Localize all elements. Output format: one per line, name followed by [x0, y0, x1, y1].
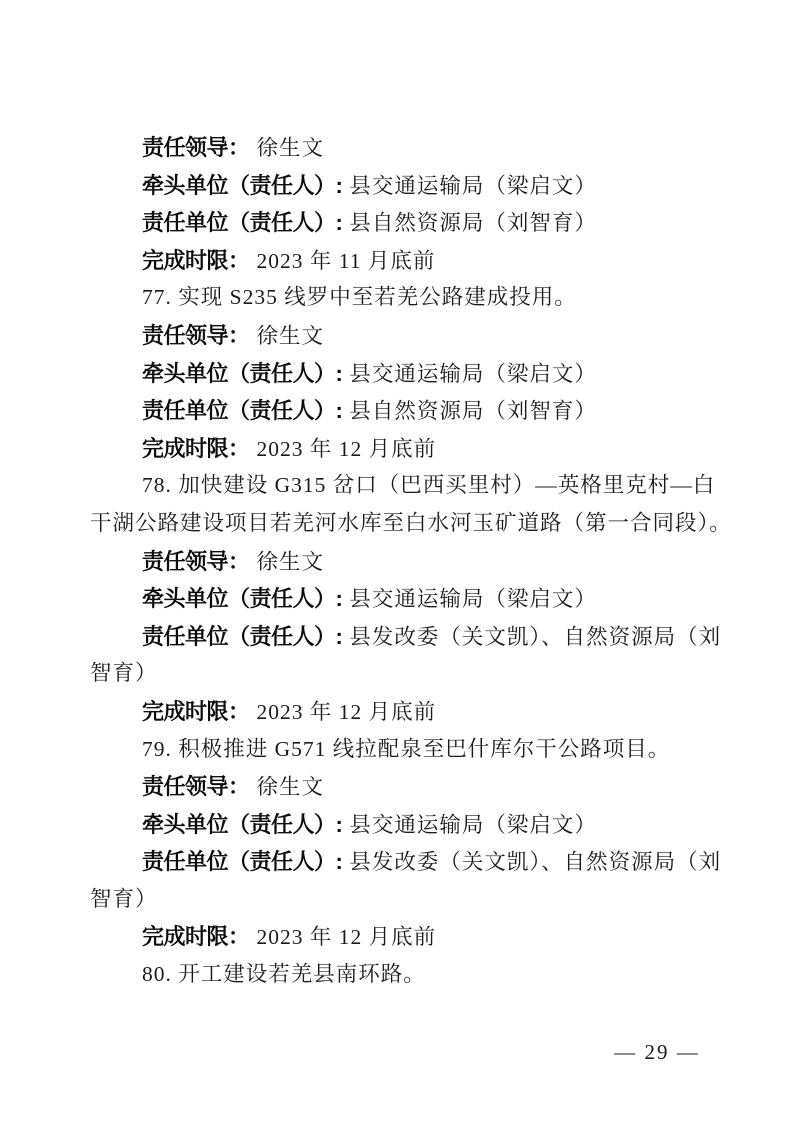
continuation-line: 干湖公路建设项目若羌河水库至白水河玉矿道路（第一合同段）。	[90, 505, 704, 543]
field-label: 责任单位（责任人）:	[142, 210, 342, 235]
document-body: 责任领导：徐生文 牵头单位（责任人）:县交通运输局（梁启文） 责任单位（责任人）…	[90, 129, 704, 994]
field-label: 责任领导：	[142, 549, 250, 574]
document-page: 责任领导：徐生文 牵头单位（责任人）:县交通运输局（梁启文） 责任单位（责任人）…	[0, 0, 793, 1122]
field-value: 县交通运输局（梁启文）	[349, 362, 597, 386]
deadline-line: 完成时限：2023 年 12 月底前	[90, 693, 704, 731]
field-value: 2023 年 12 月底前	[257, 437, 437, 461]
field-label: 责任领导：	[142, 774, 250, 799]
lead-unit-line: 牵头单位（责任人）:县交通运输局（梁启文）	[90, 806, 704, 844]
responsible-unit-line: 责任单位（责任人）:县发改委（关文凯）、自然资源局（刘	[90, 618, 704, 656]
continuation-line: 智育）	[90, 655, 704, 693]
responsible-unit-line: 责任单位（责任人）:县自然资源局（刘智育）	[90, 392, 704, 430]
field-value: 徐生文	[257, 775, 325, 799]
field-value: 县交通运输局（梁启文）	[349, 174, 597, 198]
field-label: 牵头单位（责任人）:	[142, 173, 342, 198]
field-value: 智育）	[90, 887, 158, 911]
field-value: 徐生文	[257, 324, 325, 348]
page-number: — 29 —	[612, 1040, 702, 1065]
lead-unit-line: 牵头单位（责任人）:县交通运输局（梁启文）	[90, 167, 704, 205]
field-value: 县交通运输局（梁启文）	[349, 587, 597, 611]
task-item-line: 80. 开工建设若羌县南环路。	[90, 956, 704, 994]
field-label: 责任领导：	[142, 135, 250, 160]
field-label: 牵头单位（责任人）:	[142, 812, 342, 837]
task-item-text: 79. 积极推进 G571 线拉配泉至巴什库尔干公路项目。	[142, 737, 670, 761]
task-item-text: 77. 实现 S235 线罗中至若羌公路建成投用。	[142, 285, 577, 309]
task-item-line: 79. 积极推进 G571 线拉配泉至巴什库尔干公路项目。	[90, 731, 704, 769]
responsible-leader-line: 责任领导：徐生文	[90, 129, 704, 167]
lead-unit-line: 牵头单位（责任人）:县交通运输局（梁启文）	[90, 355, 704, 393]
deadline-line: 完成时限：2023 年 12 月底前	[90, 918, 704, 956]
field-label: 完成时限：	[142, 699, 250, 724]
lead-unit-line: 牵头单位（责任人）:县交通运输局（梁启文）	[90, 580, 704, 618]
field-label: 牵头单位（责任人）:	[142, 361, 342, 386]
field-label: 责任单位（责任人）:	[142, 398, 342, 423]
continuation-line: 智育）	[90, 881, 704, 919]
field-value: 县自然资源局（刘智育）	[349, 399, 597, 423]
deadline-line: 完成时限：2023 年 11 月底前	[90, 242, 704, 280]
task-item-text: 78. 加快建设 G315 岔口（巴西买里村）—英格里克村—白	[142, 473, 715, 497]
task-item-text: 80. 开工建设若羌县南环路。	[142, 962, 426, 986]
field-label: 牵头单位（责任人）:	[142, 586, 342, 611]
task-item-line: 78. 加快建设 G315 岔口（巴西买里村）—英格里克村—白	[90, 467, 704, 505]
task-item-text: 干湖公路建设项目若羌河水库至白水河玉矿道路（第一合同段）。	[90, 511, 732, 535]
field-label: 责任领导：	[142, 323, 250, 348]
field-label: 责任单位（责任人）:	[142, 624, 342, 649]
field-value: 县自然资源局（刘智育）	[349, 211, 597, 235]
field-label: 完成时限：	[142, 924, 250, 949]
responsible-unit-line: 责任单位（责任人）:县发改委（关文凯）、自然资源局（刘	[90, 843, 704, 881]
field-value: 2023 年 12 月底前	[257, 700, 437, 724]
field-label: 完成时限：	[142, 436, 250, 461]
responsible-leader-line: 责任领导：徐生文	[90, 317, 704, 355]
responsible-leader-line: 责任领导：徐生文	[90, 768, 704, 806]
field-value: 2023 年 12 月底前	[257, 925, 437, 949]
field-value: 县交通运输局（梁启文）	[349, 813, 597, 837]
field-value: 智育）	[90, 661, 158, 685]
field-value: 徐生文	[257, 136, 325, 160]
field-value: 2023 年 11 月底前	[257, 249, 436, 273]
field-label: 完成时限：	[142, 248, 250, 273]
field-label: 责任单位（责任人）:	[142, 849, 342, 874]
field-value: 县发改委（关文凯）、自然资源局（刘	[349, 625, 721, 649]
responsible-unit-line: 责任单位（责任人）:县自然资源局（刘智育）	[90, 204, 704, 242]
task-item-line: 77. 实现 S235 线罗中至若羌公路建成投用。	[90, 279, 704, 317]
responsible-leader-line: 责任领导：徐生文	[90, 543, 704, 581]
deadline-line: 完成时限：2023 年 12 月底前	[90, 430, 704, 468]
field-value: 县发改委（关文凯）、自然资源局（刘	[349, 850, 721, 874]
field-value: 徐生文	[257, 550, 325, 574]
